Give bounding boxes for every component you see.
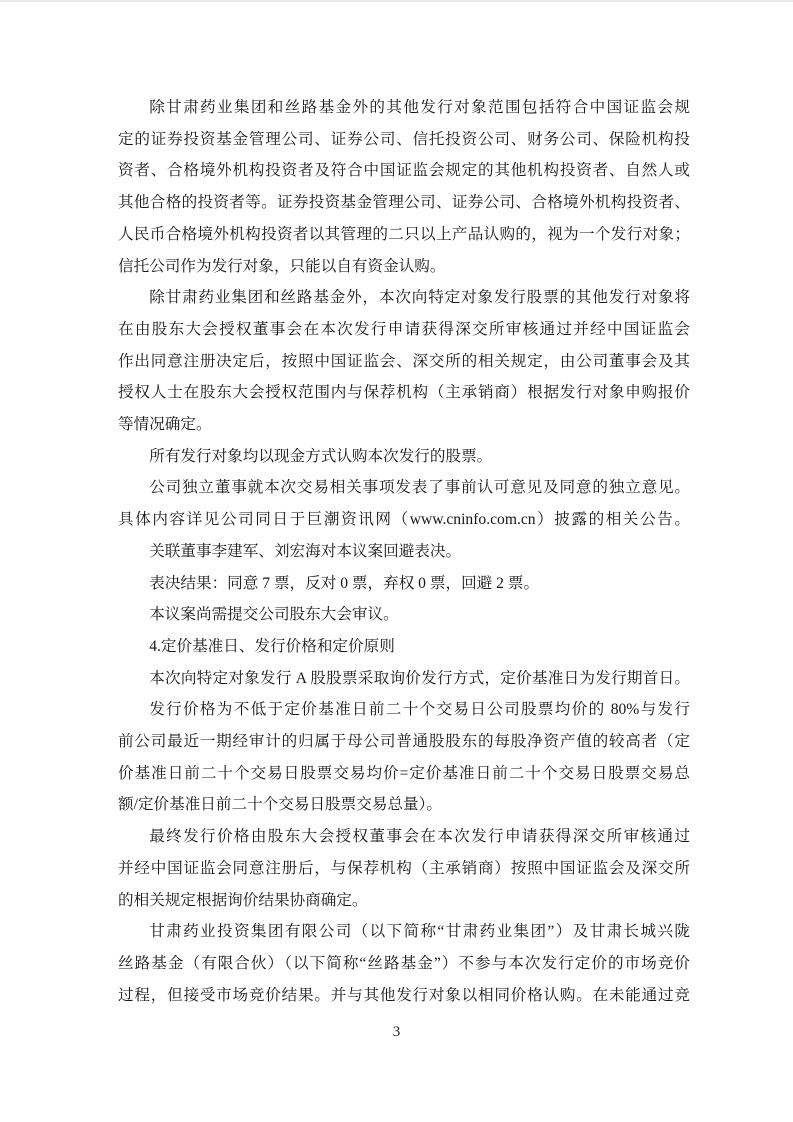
paragraph: 4.定价基准日、发行价格和定价原则 — [118, 631, 690, 663]
paragraph: 除甘肃药业集团和丝路基金外的其他发行对象范围包括符合中国证监会规定的证券投资基金… — [118, 92, 690, 282]
text-line: 的相关规定根据询价结果协商确定。 — [118, 885, 690, 917]
text-line: 定的证券投资基金管理公司、证券公司、信托投资公司、财务公司、保险机构投 — [118, 124, 690, 156]
text-line: 前公司最近一期经审计的归属于母公司普通股股东的每股净资产值的较高者（定 — [118, 726, 690, 758]
text-line: 价基准日前二十个交易日股票交易均价=定价基准日前二十个交易日股票交易总 — [118, 758, 690, 790]
paragraph: 本次向特定对象发行 A 股股票采取询价发行方式，定价基准日为发行期首日。 — [118, 663, 690, 695]
text-line: 4.定价基准日、发行价格和定价原则 — [118, 631, 690, 663]
document-body: 除甘肃药业集团和丝路基金外的其他发行对象范围包括符合中国证监会规定的证券投资基金… — [118, 92, 690, 1011]
page-number: 3 — [0, 1024, 793, 1041]
text-line: 除甘肃药业集团和丝路基金外的其他发行对象范围包括符合中国证监会规 — [118, 92, 690, 124]
text-line: 所有发行对象均以现金方式认购本次发行的股票。 — [118, 441, 690, 473]
text-line: 公司独立董事就本次交易相关事项发表了事前认可意见及同意的独立意见。 — [118, 472, 690, 504]
paragraph: 表决结果：同意 7 票，反对 0 票，弃权 0 票，回避 2 票。 — [118, 568, 690, 600]
text-line: 等情况确定。 — [118, 409, 690, 441]
text-line: 丝路基金（有限合伙）（以下简称“丝路基金”）不参与本次发行定价的市场竞价 — [118, 948, 690, 980]
text-line: 过程，但接受市场竞价结果。并与其他发行对象以相同价格认购。在未能通过竞 — [118, 980, 690, 1012]
document-page: 除甘肃药业集团和丝路基金外的其他发行对象范围包括符合中国证监会规定的证券投资基金… — [0, 0, 793, 1122]
text-line: 资者、合格境外机构投资者及符合中国证监会规定的其他机构投资者、自然人或 — [118, 155, 690, 187]
paragraph: 所有发行对象均以现金方式认购本次发行的股票。 — [118, 441, 690, 473]
paragraph: 甘肃药业投资集团有限公司（以下简称“甘肃药业集团”）及甘肃长城兴陇丝路基金（有限… — [118, 916, 690, 1011]
text-line: 人民币合格境外机构投资者以其管理的二只以上产品认购的，视为一个发行对象； — [118, 219, 690, 251]
paragraph: 公司独立董事就本次交易相关事项发表了事前认可意见及同意的独立意见。具体内容详见公… — [118, 472, 690, 535]
text-line: 发行价格为不低于定价基准日前二十个交易日公司股票均价的 80%与发行 — [118, 694, 690, 726]
text-line: 信托公司作为发行对象，只能以自有资金认购。 — [118, 251, 690, 283]
text-line: 授权人士在股东大会授权范围内与保荐机构（主承销商）根据发行对象申购报价 — [118, 377, 690, 409]
text-line: 作出同意注册决定后，按照中国证监会、深交所的相关规定，由公司董事会及其 — [118, 346, 690, 378]
text-line: 额/定价基准日前二十个交易日股票交易总量）。 — [118, 789, 690, 821]
text-line: 并经中国证监会同意注册后，与保荐机构（主承销商）按照中国证监会及深交所 — [118, 853, 690, 885]
text-line: 甘肃药业投资集团有限公司（以下简称“甘肃药业集团”）及甘肃长城兴陇 — [118, 916, 690, 948]
paragraph: 发行价格为不低于定价基准日前二十个交易日公司股票均价的 80%与发行前公司最近一… — [118, 694, 690, 821]
paragraph: 除甘肃药业集团和丝路基金外，本次向特定对象发行股票的其他发行对象将在由股东大会授… — [118, 282, 690, 441]
text-line: 除甘肃药业集团和丝路基金外，本次向特定对象发行股票的其他发行对象将 — [118, 282, 690, 314]
text-line: 本次向特定对象发行 A 股股票采取询价发行方式，定价基准日为发行期首日。 — [118, 663, 690, 695]
text-line: 在由股东大会授权董事会在本次发行申请获得深交所审核通过并经中国证监会 — [118, 314, 690, 346]
paragraph: 最终发行价格由股东大会授权董事会在本次发行申请获得深交所审核通过并经中国证监会同… — [118, 821, 690, 916]
text-line: 表决结果：同意 7 票，反对 0 票，弃权 0 票，回避 2 票。 — [118, 568, 690, 600]
text-line: 最终发行价格由股东大会授权董事会在本次发行申请获得深交所审核通过 — [118, 821, 690, 853]
text-line: 其他合格的投资者等。证券投资基金管理公司、证券公司、合格境外机构投资者、 — [118, 187, 690, 219]
text-line: 本议案尚需提交公司股东大会审议。 — [118, 599, 690, 631]
paragraph: 本议案尚需提交公司股东大会审议。 — [118, 599, 690, 631]
text-line: 具体内容详见公司同日于巨潮资讯网（www.cninfo.com.cn）披露的相关… — [118, 504, 690, 536]
paragraph: 关联董事李建军、刘宏海对本议案回避表决。 — [118, 536, 690, 568]
text-line: 关联董事李建军、刘宏海对本议案回避表决。 — [118, 536, 690, 568]
